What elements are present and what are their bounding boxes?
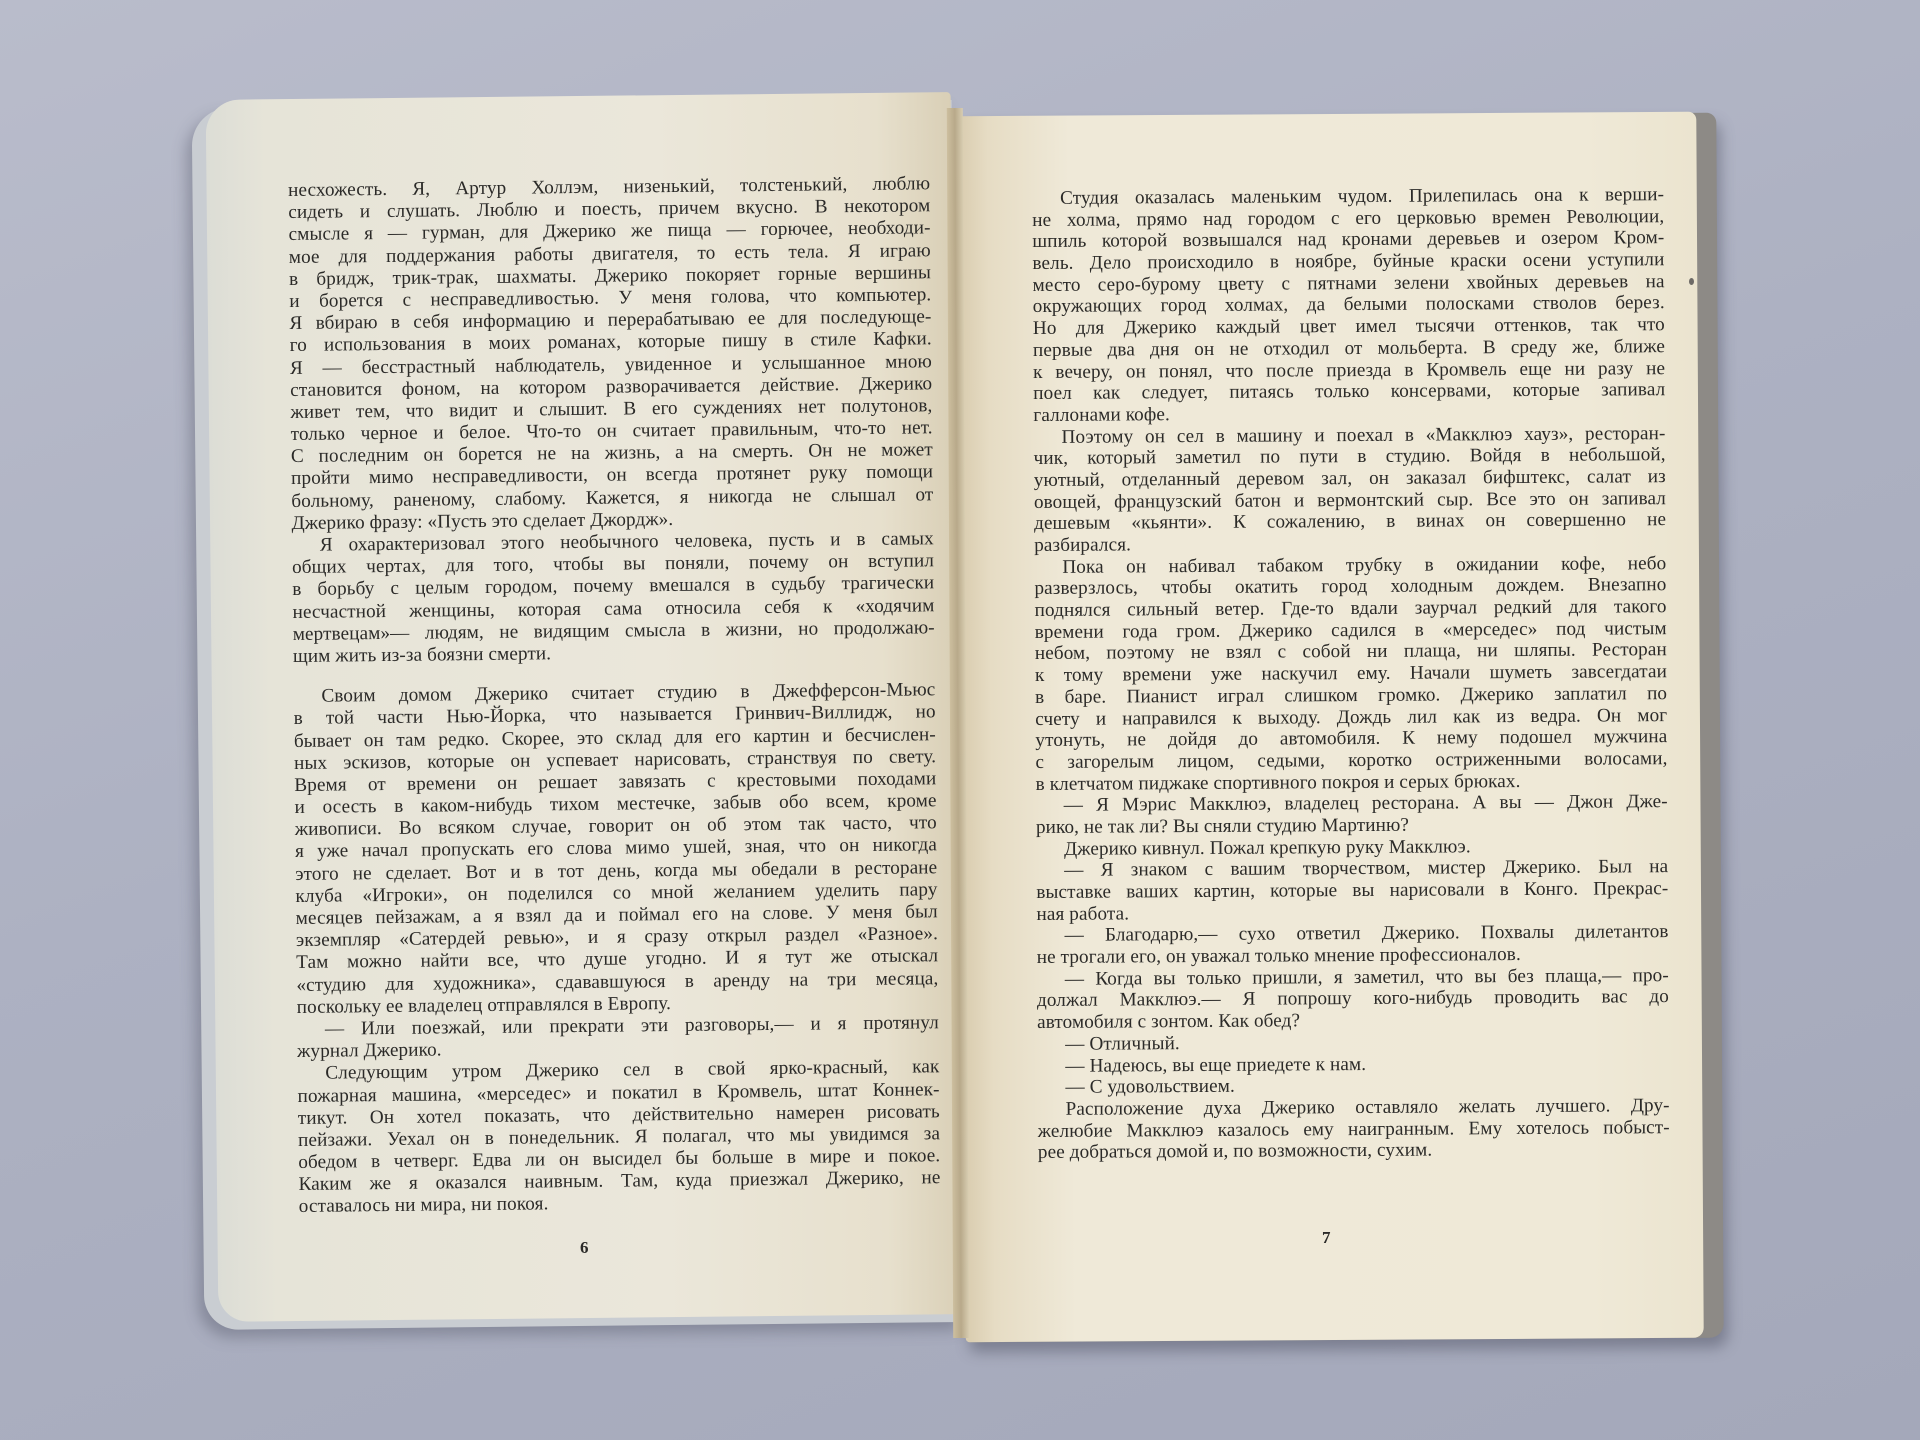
text-line: — Благодарю,— сухо ответил Джерико. Похв…	[1037, 922, 1669, 948]
right-page-text: Студия оказалась маленьким чудом. Прилеп…	[1032, 184, 1670, 1164]
text-line: должал Макклюэ.— Я попрошу кого-нибудь п…	[1037, 987, 1669, 1013]
text-line: с загорелым лицом, седыми, коротко остри…	[1035, 748, 1667, 774]
text-line: дешевым «кьянти». К сожалению, в винах о…	[1034, 509, 1666, 535]
text-line: рее добраться домой и, по возможности, с…	[1038, 1138, 1670, 1164]
text-line: первые два дня он не отходил от мольберт…	[1033, 336, 1665, 362]
paper-speck	[1689, 278, 1694, 285]
text-line: выставке ваших картин, которые вы нарисо…	[1036, 878, 1668, 904]
page-number-left: 6	[580, 1238, 589, 1258]
left-page-text: несхожесть. Я, Артур Холлэм, низенький, …	[288, 173, 941, 1218]
text-line: в баре. Пианист играл слишком громко. Дж…	[1035, 683, 1667, 709]
page-number-right: 7	[1322, 1228, 1331, 1248]
text-line: желюбие Макклюэ казалось ему наигранным.…	[1038, 1117, 1670, 1143]
open-book: несхожесть. Я, Артур Холлэм, низенький, …	[0, 0, 1920, 1440]
text-line: поел как следует, питаясь только консерв…	[1033, 379, 1665, 405]
text-line: — Я Мэрис Макклюэ, владелец ресторана. А…	[1036, 791, 1668, 817]
